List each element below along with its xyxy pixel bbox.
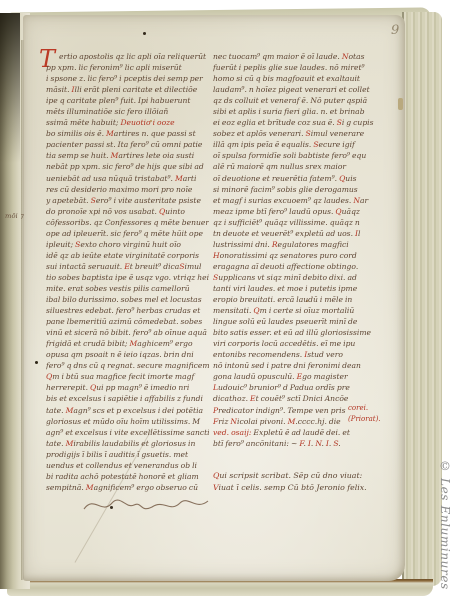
manuscript-text-line: bito satis esser. et eū ad illū gloriosi… <box>213 327 386 338</box>
ink-speck <box>143 32 146 35</box>
ink-text: otas <box>348 52 364 61</box>
manuscript-text-line: bi radita achō potestatē honorē et gliam <box>46 471 209 482</box>
ink-text: sobez et aplōs venerari. <box>213 129 306 138</box>
manuscript-text-line: sibi et aplis i suria fieri glia. n. et … <box>213 106 386 117</box>
ink-text: agn⁹ et excelsus i vite excellētissime s… <box>46 428 209 437</box>
manuscript-text-line: oī deuotione et reuerētia fatem⁹. Quis <box>213 173 386 184</box>
ink-text: idē qz ab ieūte etate virginitatē corpor… <box>46 251 199 260</box>
ink-text: irabilis laudabilis et gloriosus in <box>73 439 195 448</box>
ink-text: res cū desiderio maximo mori pro noīe <box>46 185 192 194</box>
book-gutter-shadow <box>0 13 20 163</box>
ink-text: eropio breuitati. ercā laudū i mēle in <box>213 295 352 304</box>
manuscript-text-line: homo si cū q bis magfoauit et exaltauit <box>213 73 386 84</box>
ink-text: siluestres edebat. fero⁹ herbas crudas e… <box>46 306 200 315</box>
ink-text: tia semp se huit. <box>46 151 111 160</box>
manuscript-text-line: ipe q caritate plen⁹ fuit. Ipi habuerunt <box>46 95 209 106</box>
ink-text: Expletū ē ad laudē dei. et <box>251 428 349 437</box>
ink-text: sempitnā. <box>46 483 86 492</box>
ink-text: si minorē facim⁹ sobis glie derogamus <box>213 185 358 194</box>
manuscript-text-line: i spsone z. lic fero⁹ i pceptis dei semp… <box>46 73 209 84</box>
ink-text: nō intonū sed i patre dni feronimi dean <box>213 361 361 370</box>
ink-text: tio sobes baptista ipe ē usqz vgo. vtriq… <box>46 273 209 282</box>
ink-text: ertio apostolis qz lic apli oīa reliquer… <box>59 52 206 61</box>
ink-text: l <box>358 229 360 238</box>
manuscript-text-line: tate. Magn⁹ scs et p excelsus i dei potē… <box>46 405 209 416</box>
manuscript-text-line: Viuat ī celis. semp Cū btō Jeronio felix… <box>213 482 367 494</box>
manuscript-text-line: laudam⁹. n hoīez pigeat venerari et coll… <box>213 84 386 95</box>
ink-text: ei eoz eglia et brītude coz sua ē. <box>213 118 337 127</box>
book-fore-edge <box>402 12 442 586</box>
manuscript-text-line: vinū et sicerā nō bibit. fero⁹ ab oīnue … <box>46 327 209 338</box>
ink-text: imul <box>185 262 202 271</box>
manuscript-text-line: tia semp se huit. Martires lete oia sust… <box>46 150 209 161</box>
manuscript-text-line: opusa qm psoait n ē ieio iqzas. brin dni <box>46 349 209 360</box>
ink-text: bi radita achō potestatē honorē et gliam <box>46 472 199 481</box>
manuscript-text-line: ertio apostolis qz lic apli oīa reliquer… <box>46 51 209 62</box>
ink-text: oī spulsa formidīe soli babtiste fero⁹ e… <box>213 151 366 160</box>
ink-text: i g cupis <box>342 118 374 127</box>
ink-text: egulatores magfici <box>278 240 349 249</box>
manuscript-text-line: mite. erat sobes vestis pilis camellorū <box>46 283 209 294</box>
ink-text: onoratissimi qz senatores puro cord <box>220 251 357 260</box>
manuscript-text-line: agn⁹ et excelsus i vite excellētissime s… <box>46 427 209 438</box>
manuscript-text-line: et magf i surias excuoem⁹ qz laudes. Nar <box>213 195 386 206</box>
ink-text: viri corporis locū accedētis. eī me ipu <box>213 339 355 348</box>
ink-text: artires lete oia susti <box>118 151 194 160</box>
manuscript-text-line: meaz ipme btī fero⁹ laudū opus. Quāqz <box>213 206 386 217</box>
ink-text: homo si cū q bis magfoauit et exaltauit <box>213 74 360 83</box>
ink-text: upplicans vt siqz minī debito dixi. ad <box>218 273 357 282</box>
colophon-verse: Qui scripsit scribat. Sēp cū dno viuat:V… <box>213 470 367 494</box>
manuscript-text-line: eropio breuitati. ercā laudū i mēle in <box>213 294 386 305</box>
ink-text: dicathoz. <box>213 394 250 403</box>
ink-text: meaz ipme btī fero⁹ laudū opus. <box>213 207 335 216</box>
ink-text: btī fero⁹ ancōnitani: ~ <box>213 439 299 448</box>
manuscript-text-line: tn deuote et veuerēt⁹ expletū ad uos. Il <box>213 228 386 239</box>
ink-text: herrerepit. <box>46 383 90 392</box>
manuscript-text-line: ibal bilo durissimo. sobes mel et locust… <box>46 294 209 305</box>
ink-text: exto choro virginū huit oīo <box>80 240 181 249</box>
ink-text: ecure igif <box>319 140 355 149</box>
ink-text: imul venerare <box>311 129 364 138</box>
manuscript-text-line: mensitati. Qm i certe si oīuz mortaliū <box>213 305 386 316</box>
ink-text: prodigijs ī bilis ī auditis ī gsuetis. m… <box>46 450 188 459</box>
manuscript-text-line: eragagna aī deuoti affectione obtingo. <box>213 261 386 272</box>
ink-text: fero⁹ q dns cū q regnat. secure magnific… <box>46 361 209 370</box>
ink-text: ero⁹ i vite austeritate psiste <box>96 196 201 205</box>
ink-text: laudam⁹. n hoīez pigeat venerari et coll… <box>213 85 370 94</box>
ink-text: oī deuotione et reuerētia fatem⁹. <box>213 174 339 183</box>
ink-text: t couēt⁹ sctī Dnici Ancōe <box>256 394 349 403</box>
manuscript-text-line: pane lbemeritiū azimū cōmedebat. sobes <box>46 316 209 327</box>
manuscript-text-line: Qm i btū sua magfice fecit imorte magf <box>46 371 209 382</box>
ink-text: uāqz <box>342 207 360 216</box>
manuscript-text-line: viri corporis locū accedētis. eī me ipu <box>213 338 386 349</box>
ink-text: agnificem⁹ ergo obseruo cū <box>94 483 198 492</box>
manuscript-text-line: siluestres edebat. fero⁹ herbas crudas e… <box>46 305 209 316</box>
manuscript-text-line: tio sobes baptista ipe ē usqz vgo. vtriq… <box>46 272 209 283</box>
left-text-column: ertio apostolis qz lic apli oīa reliquer… <box>46 51 209 493</box>
ink-text: ope ad ipleuerīt. sic fero⁹ q mēte hūit … <box>46 229 203 238</box>
manuscript-text-line: lingue solū eū laudes pseuerīt minī de <box>213 316 386 327</box>
ink-text: illā qm ipis peīa ē equalis. <box>213 140 313 149</box>
ink-text: nec tuocam⁹ qm maior ē oī laude. <box>213 52 342 61</box>
ink-text: redicator indign⁹. Tempe ven pris <box>218 406 345 415</box>
manuscript-text-line: bis et excelsus i sapiētie i affabilis z… <box>46 393 209 404</box>
ink-text: t breuit⁹ dica <box>130 262 180 271</box>
manuscript-text-line: do pronoīe xpi nō vos usabat. Quinto <box>46 206 209 217</box>
ink-text: uinto <box>165 207 185 216</box>
manuscript-text-line: mēts illuminatiōe sic fero illōian̄ <box>46 106 209 117</box>
manuscript-text-line: si minorē facim⁹ sobis glie derogamus <box>213 184 386 195</box>
ink-text: opusa qm psoait n ē ieio iqzas. brin dni <box>46 350 194 359</box>
ink-text: uendus et collendus et venerandus ob li <box>46 461 197 470</box>
manuscript-text-line: Supplicans vt siqz minī debito dixi. ad <box>213 272 386 283</box>
ink-text: tanti viri laudes. et moe i putetis ipme <box>213 284 357 293</box>
watermark-credit: © Les Enluminures <box>438 459 452 599</box>
ink-text: vinū et sicerā nō bibit. fero⁹ ab oīnue … <box>46 328 207 337</box>
manuscript-text-line: lustrissimi dni. Regulatores magfici <box>213 239 386 250</box>
ink-text: lustrissimi dni. <box>213 240 272 249</box>
manuscript-text-line: ipleuit; Sexto choro virginū huit oīo <box>46 239 209 250</box>
rubricated-text: M <box>106 129 114 138</box>
book-tail-edge <box>7 579 433 596</box>
ink-text: bito satis esser. et eū ad illū gloriosi… <box>213 328 371 337</box>
ink-text: ssimā mēte habuit; <box>46 118 120 127</box>
rubricated-text: M <box>175 174 183 183</box>
ink-text: .cccc.hj. die <box>295 417 340 426</box>
ink-text: ibal bilo durissimo. sobes mel et locust… <box>46 295 202 304</box>
ink-text: m i btū sua magfice fecit imorte magf <box>52 372 194 381</box>
ink-text: ipleuit; <box>46 240 75 249</box>
manuscript-text-line: nō intonū sed i patre dni feronimi dean <box>213 360 386 371</box>
manuscript-text-line: uendus et collendus et venerandus ob li <box>46 460 209 471</box>
ink-text: udouic⁹ brunior⁹ d Padua ordīs pre <box>218 383 350 392</box>
ink-text: eragagna aī deuoti affectione obtingo. <box>213 262 358 271</box>
manuscript-text-line: tanti viri laudes. et moe i putetis ipme <box>213 283 386 294</box>
manuscript-text-line: ved. osaij: Expletū ē ad laudē dei. et <box>213 427 386 438</box>
manuscript-text-line: gona laudū opusculū. Ego magister <box>213 371 386 382</box>
manuscript-text-line: cōfessoribs. qz Confessores q mēte benue… <box>46 217 209 228</box>
ink-speck <box>35 361 38 364</box>
manuscript-text-line: pp xpm. lic feronim⁹ lic apli miserūt <box>46 62 209 73</box>
manuscript-text-line: idē qz ab ieūte etate virginitatē corpor… <box>46 250 209 261</box>
ink-text: ipe q caritate plen⁹ fuit. Ipi habuerunt <box>46 96 190 105</box>
ink-text: icolai pivoni. <box>237 417 288 426</box>
ink-text: y apetebāt. <box>46 196 91 205</box>
ink-text: arti <box>183 174 197 183</box>
manuscript-text-line: bo similis ois ē. Martires n. que passi … <box>46 128 209 139</box>
manuscript-text-line: sempitnā. Magnificem⁹ ergo obseruo cū <box>46 482 209 493</box>
ink-text: et magf i surias excuoem⁹ qz laudes. <box>213 196 353 205</box>
right-margin-note-line: (Priorat). <box>348 414 381 425</box>
ink-text: bo similis ois ē. <box>46 129 106 138</box>
ink-text: iuat ī celis. semp Cū btō Jeronio felix. <box>219 483 367 492</box>
ink-text: frigidā et crudā bibit; <box>46 339 130 348</box>
manuscript-text-line: nec tuocam⁹ qm maior ē oī laude. Notas <box>213 51 386 62</box>
ink-text: fuerūt i peplis glie sue laudes. nō mire… <box>213 63 365 72</box>
fore-edge-tab <box>398 98 403 110</box>
page-fold-line <box>21 40 24 580</box>
rubricated-text: M <box>86 483 94 492</box>
ink-text: bis et excelsus i sapiētie i affabilis z… <box>46 394 203 403</box>
ink-text: mensitati. <box>213 306 253 315</box>
ink-text: aghicem⁹ ergo <box>137 339 192 348</box>
rubricated-text: ved. osaij: <box>213 428 251 437</box>
manuscript-text-line: sui intactā seruauit. Et breuit⁹ dicaSim… <box>46 261 209 272</box>
pen-flourish-icon <box>82 493 212 517</box>
manuscript-text-line: y apetebāt. Sero⁹ i vite austeritate psi… <box>46 195 209 206</box>
manuscript-text-line: entonibs recomendens. Istud vero <box>213 349 386 360</box>
left-margin-note: mōi ⁊ <box>5 212 23 220</box>
ink-text: ueniebāt ad usa nūquā tristabat⁹. <box>46 174 175 183</box>
ink-text: i spsone z. lic fero⁹ i pceptis dei semp… <box>46 74 203 83</box>
manuscript-text-line: illā qm ipis peīa ē equalis. Secure igif <box>213 139 386 150</box>
ink-text: alē rū maiorē qm nullus srex maior <box>213 162 346 171</box>
manuscript-text-line: alē rū maiorē qm nullus srex maior <box>213 161 386 172</box>
manuscript-text-line: pacienter passi st. Ita fero⁹ cū omni pa… <box>46 139 209 150</box>
manuscript-text-line: res cū desiderio maximo mori pro noīe <box>46 184 209 195</box>
ink-text: mite. erat sobes vestis pilis camellorū <box>46 284 190 293</box>
manuscript-text-line: sobez et aplōs venerari. Simul venerare <box>213 128 386 139</box>
ink-text: do pronoīe xpi nō vos usabat. <box>46 207 159 216</box>
manuscript-text-line: ssimā mēte habuit; Deuotio i ooze <box>46 117 209 128</box>
manuscript-text-line: fuerūt i peplis glie sue laudes. nō mire… <box>213 62 386 73</box>
ink-text: māsit. <box>46 85 72 94</box>
ink-text: qz ds colluit et veneraf ē. Nō puter qsp… <box>213 96 367 105</box>
right-margin-note: corei. (Priorat). <box>348 403 381 425</box>
folio-number: 9 <box>391 23 399 38</box>
ink-text: mēts illuminatiōe sic fero illōian̄ <box>46 107 168 116</box>
manuscript-text-line: gloriosus et mūdo oīu hoīm utilissims. M <box>46 416 209 427</box>
manuscript-text-line: Qui scripsit scribat. Sēp cū dno viuat: <box>213 470 367 482</box>
rubricated-text: Deuotio i ooze <box>120 118 174 127</box>
manuscript-text-line: herrerepit. Qui pp magn⁹ ē imedio nri <box>46 382 209 393</box>
manuscript-text-line: māsit. Illi erāt pleni caritate et dilec… <box>46 84 209 95</box>
ink-text: tate. <box>46 439 66 448</box>
right-margin-note-line: corei. <box>348 403 381 414</box>
manuscript-text-line: nebāt pp xpm. sic fero⁹ de hijs que sibi… <box>46 161 209 172</box>
ink-text: lingue solū eū laudes pseuerīt minī de <box>213 317 357 326</box>
ink-text: lli erāt pleni caritate et dilectiōe <box>75 85 198 94</box>
manuscript-text-line: ope ad ipleuerīt. sic fero⁹ q mēte hūit … <box>46 228 209 239</box>
ink-text: uis <box>345 174 356 183</box>
ink-text: ui scripsit scribat. Sēp cū dno viuat: <box>219 471 362 480</box>
rubricated-text: H <box>213 251 220 260</box>
ink-text: go magister <box>302 372 348 381</box>
manuscript-text-line: oī spulsa formidīe soli babtiste fero⁹ e… <box>213 150 386 161</box>
manuscript-text-line: qz ds colluit et veneraf ē. Nō puter qsp… <box>213 95 386 106</box>
ink-text: . <box>338 439 340 448</box>
ink-text: entonibs recomendens. <box>213 350 304 359</box>
manuscript-text-line: prodigijs ī bilis ī auditis ī gsuetis. m… <box>46 449 209 460</box>
ink-text: ui pp magn⁹ ē imedio nri <box>96 383 189 392</box>
ink-text: cōfessoribs. qz Confessores q mēte benue… <box>46 218 209 227</box>
ink-text: nebāt pp xpm. sic fero⁹ de hijs que sibi… <box>46 162 204 171</box>
manuscript-text-line: frigidā et crudā bibit; Maghicem⁹ ergo <box>46 338 209 349</box>
manuscript-text-line: ei eoz eglia et brītude coz sua ē. Si g … <box>213 117 386 128</box>
ink-text: stud vero <box>307 350 343 359</box>
manuscript-text-line: Ludouic⁹ brunior⁹ d Padua ordīs pre <box>213 382 386 393</box>
ink-text: sui intactā seruauit. <box>46 262 124 271</box>
ink-text: qz i sufficiēt⁹ quāqz villissime. quāqz … <box>213 218 360 227</box>
ink-text: artires n. que passi st <box>114 129 196 138</box>
manuscript-text-line: tate. Mirabilis laudabilis et gloriosus … <box>46 438 209 449</box>
ink-text: ar <box>360 196 368 205</box>
ink-text: tn deuote et veuerēt⁹ expletū ad uos. <box>213 229 355 238</box>
manuscript-text-line: ueniebāt ad usa nūquā tristabat⁹. Marti <box>46 173 209 184</box>
manuscript-text-line: qz i sufficiēt⁹ quāqz villissime. quāqz … <box>213 217 386 228</box>
right-text-column: nec tuocam⁹ qm maior ē oī laude. Notasfu… <box>213 51 386 449</box>
ink-text: pane lbemeritiū azimū cōmedebat. sobes <box>46 317 202 326</box>
manuscript-text-line: Honoratissimi qz senatores puro cord <box>213 250 386 261</box>
ink-text: gloriosus et mūdo oīu hoīm utilissims. M <box>46 417 200 426</box>
ink-text: agn⁹ scs et p excelsus i dei potētia <box>73 406 203 415</box>
manuscript-text-line: btī fero⁹ ancōnitani: ~ F. I. N. I. S. <box>213 438 386 449</box>
ink-text: gona laudū opusculū. <box>213 372 297 381</box>
manuscript-text-line: fero⁹ q dns cū q regnat. secure magnific… <box>46 360 209 371</box>
ink-text: sibi et aplis i suria fieri glia. n. et … <box>213 107 365 116</box>
ink-text: tate. <box>46 406 66 415</box>
ink-text: riz <box>218 417 230 426</box>
ink-text: pp xpm. lic feronim⁹ lic apli miserūt <box>46 63 182 72</box>
manuscript-photo: 9 T ertio apostolis qz lic apli oīa reli… <box>0 0 474 600</box>
ink-text: m i certe si oīuz mortaliū <box>260 306 355 315</box>
ink-text: pacienter passi st. Ita fero⁹ cū omni pa… <box>46 140 202 149</box>
